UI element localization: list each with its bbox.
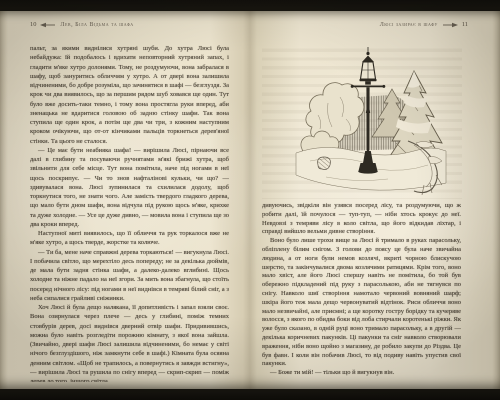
left-page-number: 10 [30, 21, 36, 28]
book-photo: 10 Лев, Біла Відьма та шафа пальт, за як… [0, 0, 500, 400]
paragraph: дивуючись, звідкіля він узявся посеред л… [262, 202, 461, 237]
rock [318, 157, 331, 170]
paragraph: Наступної миті виявилось, що її обличчя … [30, 229, 229, 248]
left-page-body: пальт, за якими виднілися хутряні шуби. … [30, 44, 229, 382]
running-title: Лев, Біла Відьма та шафа [60, 22, 133, 28]
paragraph: — Ти ба, мене наче справжні дерева торка… [30, 248, 229, 304]
header-arrow-icon [40, 22, 56, 28]
right-page-header: Люсі зазирає в шафу 11 [380, 20, 468, 29]
lamppost-illustration [295, 45, 447, 195]
left-page-header: 10 Лев, Біла Відьма та шафа [30, 20, 134, 29]
header-arrow-icon [442, 22, 458, 28]
paragraph: пальт, за якими виднілися хутряні шуби. … [30, 44, 229, 146]
right-page-body: дивуючись, звідкіля він узявся посеред л… [262, 202, 461, 388]
chapter-title: Люсі зазирає в шафу [380, 22, 438, 28]
right-page-number: 11 [462, 21, 468, 28]
paragraph: — Боже ти мій! — тільки що й вигукнув ві… [262, 369, 461, 378]
open-book: 10 Лев, Біла Відьма та шафа пальт, за як… [0, 11, 500, 389]
paragraph: Воно було лише трохи вище за Люсі й трим… [262, 237, 461, 369]
paragraph: Хоч Люсі й була дещо налякана, її допитл… [30, 303, 229, 382]
paragraph: — Це має бути неабияка шафа! — вирішила … [30, 146, 229, 229]
